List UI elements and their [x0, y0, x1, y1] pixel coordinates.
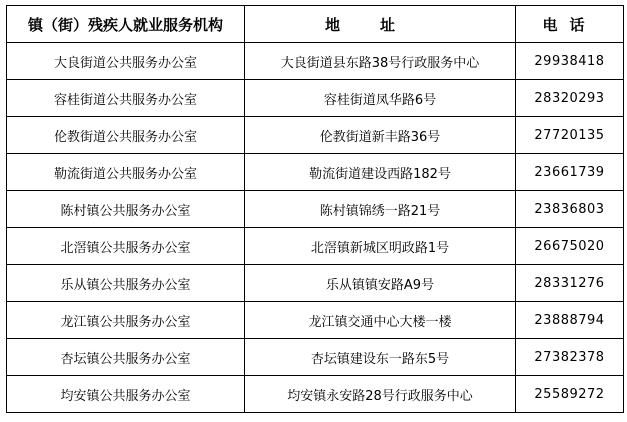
- cell-address: 北滘镇新城区明政路1号: [245, 228, 516, 265]
- cell-phone: 23661739: [516, 154, 624, 191]
- cell-address: 容桂街道凤华路6号: [245, 80, 516, 117]
- header-phone: 电话: [516, 6, 624, 43]
- cell-phone: 23888794: [516, 302, 624, 339]
- cell-phone: 26675020: [516, 228, 624, 265]
- cell-address: 杏坛镇建设东一路东5号: [245, 339, 516, 376]
- table-row: 均安镇公共服务办公室 均安镇永安路28号行政服务中心 25589272: [7, 376, 624, 413]
- cell-address: 均安镇永安路28号行政服务中心: [245, 376, 516, 413]
- table-row: 北滘镇公共服务办公室 北滘镇新城区明政路1号 26675020: [7, 228, 624, 265]
- cell-address: 龙江镇交通中心大楼一楼: [245, 302, 516, 339]
- table-row: 龙江镇公共服务办公室 龙江镇交通中心大楼一楼 23888794: [7, 302, 624, 339]
- cell-phone: 23836803: [516, 191, 624, 228]
- cell-organization: 均安镇公共服务办公室: [7, 376, 245, 413]
- cell-phone: 28331276: [516, 265, 624, 302]
- cell-organization: 容桂街道公共服务办公室: [7, 80, 245, 117]
- cell-address: 乐从镇镇安路A9号: [245, 265, 516, 302]
- cell-organization: 乐从镇公共服务办公室: [7, 265, 245, 302]
- cell-phone: 25589272: [516, 376, 624, 413]
- header-address: 地址: [245, 6, 516, 43]
- cell-address: 勒流街道建设西路182号: [245, 154, 516, 191]
- table-row: 乐从镇公共服务办公室 乐从镇镇安路A9号 28331276: [7, 265, 624, 302]
- cell-organization: 大良街道公共服务办公室: [7, 43, 245, 80]
- cell-address: 大良街道县东路38号行政服务中心: [245, 43, 516, 80]
- cell-organization: 伦教街道公共服务办公室: [7, 117, 245, 154]
- table-row: 伦教街道公共服务办公室 伦教街道新丰路36号 27720135: [7, 117, 624, 154]
- cell-phone: 29938418: [516, 43, 624, 80]
- table-row: 杏坛镇公共服务办公室 杏坛镇建设东一路东5号 27382378: [7, 339, 624, 376]
- table-row: 陈村镇公共服务办公室 陈村镇锦绣一路21号 23836803: [7, 191, 624, 228]
- service-directory-table: 镇（街）残疾人就业服务机构 地址 电话 大良街道公共服务办公室 大良街道县东路3…: [6, 5, 624, 413]
- cell-phone: 27720135: [516, 117, 624, 154]
- table-row: 勒流街道公共服务办公室 勒流街道建设西路182号 23661739: [7, 154, 624, 191]
- header-organization: 镇（街）残疾人就业服务机构: [7, 6, 245, 43]
- cell-address: 伦教街道新丰路36号: [245, 117, 516, 154]
- cell-organization: 北滘镇公共服务办公室: [7, 228, 245, 265]
- cell-organization: 杏坛镇公共服务办公室: [7, 339, 245, 376]
- table-row: 大良街道公共服务办公室 大良街道县东路38号行政服务中心 29938418: [7, 43, 624, 80]
- cell-phone: 27382378: [516, 339, 624, 376]
- cell-organization: 龙江镇公共服务办公室: [7, 302, 245, 339]
- cell-address: 陈村镇锦绣一路21号: [245, 191, 516, 228]
- cell-organization: 陈村镇公共服务办公室: [7, 191, 245, 228]
- cell-organization: 勒流街道公共服务办公室: [7, 154, 245, 191]
- table-row: 容桂街道公共服务办公室 容桂街道凤华路6号 28320293: [7, 80, 624, 117]
- cell-phone: 28320293: [516, 80, 624, 117]
- table-header-row: 镇（街）残疾人就业服务机构 地址 电话: [7, 6, 624, 43]
